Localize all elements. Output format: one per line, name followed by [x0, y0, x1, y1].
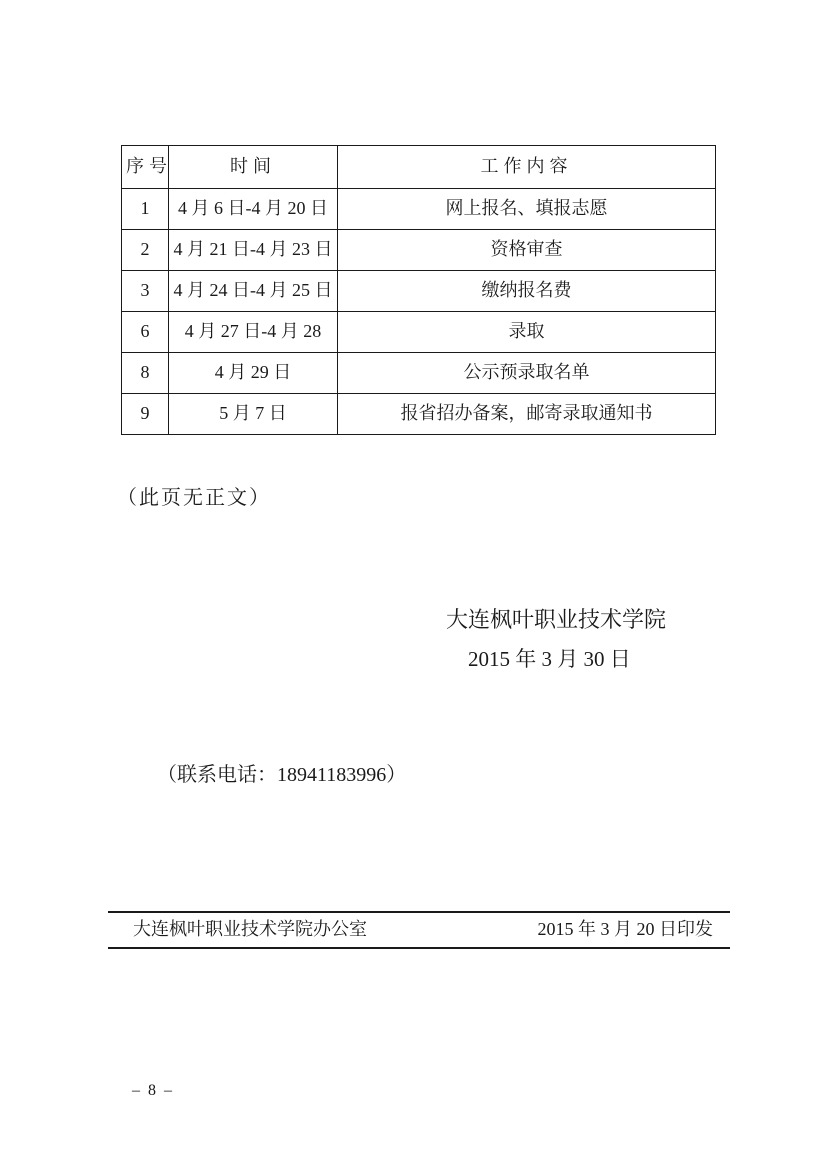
col-header-time: 时间	[169, 146, 338, 189]
cell-time: 4 月 24 日-4 月 25 日	[169, 271, 338, 312]
table-header-row: 序号 时间 工作内容	[122, 146, 716, 189]
cell-time: 4 月 29 日	[169, 353, 338, 394]
table-row: 8 4 月 29 日 公示预录取名单	[122, 353, 716, 394]
cell-index: 9	[122, 394, 169, 435]
col-header-task: 工作内容	[338, 146, 716, 189]
footer-row: 大连枫叶职业技术学院办公室 2015 年 3 月 20 日印发	[108, 920, 730, 940]
cell-time: 4 月 6 日-4 月 20 日	[169, 189, 338, 230]
cell-time: 5 月 7 日	[169, 394, 338, 435]
cell-task: 报省招办备案，邮寄录取通知书	[338, 394, 716, 435]
table-row: 1 4 月 6 日-4 月 20 日 网上报名、填报志愿	[122, 189, 716, 230]
footer-office: 大连枫叶职业技术学院办公室	[133, 920, 367, 940]
table-row: 3 4 月 24 日-4 月 25 日 缴纳报名费	[122, 271, 716, 312]
table-row: 9 5 月 7 日 报省招办备案，邮寄录取通知书	[122, 394, 716, 435]
footer-bottom-rule	[108, 947, 730, 949]
page-number: – 8 –	[122, 1083, 184, 1099]
cell-task: 录取	[338, 312, 716, 353]
cell-index: 2	[122, 230, 169, 271]
cell-time: 4 月 27 日-4 月 28	[169, 312, 338, 353]
schedule-table: 序号 时间 工作内容 1 4 月 6 日-4 月 20 日 网上报名、填报志愿 …	[121, 145, 716, 435]
cell-task: 网上报名、填报志愿	[338, 189, 716, 230]
cell-index: 8	[122, 353, 169, 394]
cell-index: 1	[122, 189, 169, 230]
cell-time: 4 月 21 日-4 月 23 日	[169, 230, 338, 271]
footer-print-date: 2015 年 3 月 20 日印发	[538, 920, 714, 940]
document-page: 序号 时间 工作内容 1 4 月 6 日-4 月 20 日 网上报名、填报志愿 …	[0, 0, 826, 1169]
cell-index: 6	[122, 312, 169, 353]
table-row: 2 4 月 21 日-4 月 23 日 资格审查	[122, 230, 716, 271]
cell-task: 缴纳报名费	[338, 271, 716, 312]
cell-task: 资格审查	[338, 230, 716, 271]
footer-top-rule	[108, 911, 730, 913]
contact-phone: （联系电话：18941183996）	[157, 765, 406, 785]
cell-task: 公示预录取名单	[338, 353, 716, 394]
table-row: 6 4 月 27 日-4 月 28 录取	[122, 312, 716, 353]
signature-date: 2015 年 3 月 30 日	[468, 649, 631, 670]
cell-index: 3	[122, 271, 169, 312]
no-text-note: （此页无正文）	[117, 488, 271, 508]
col-header-index: 序号	[122, 146, 169, 189]
signature-org: 大连枫叶职业技术学院	[446, 609, 666, 631]
